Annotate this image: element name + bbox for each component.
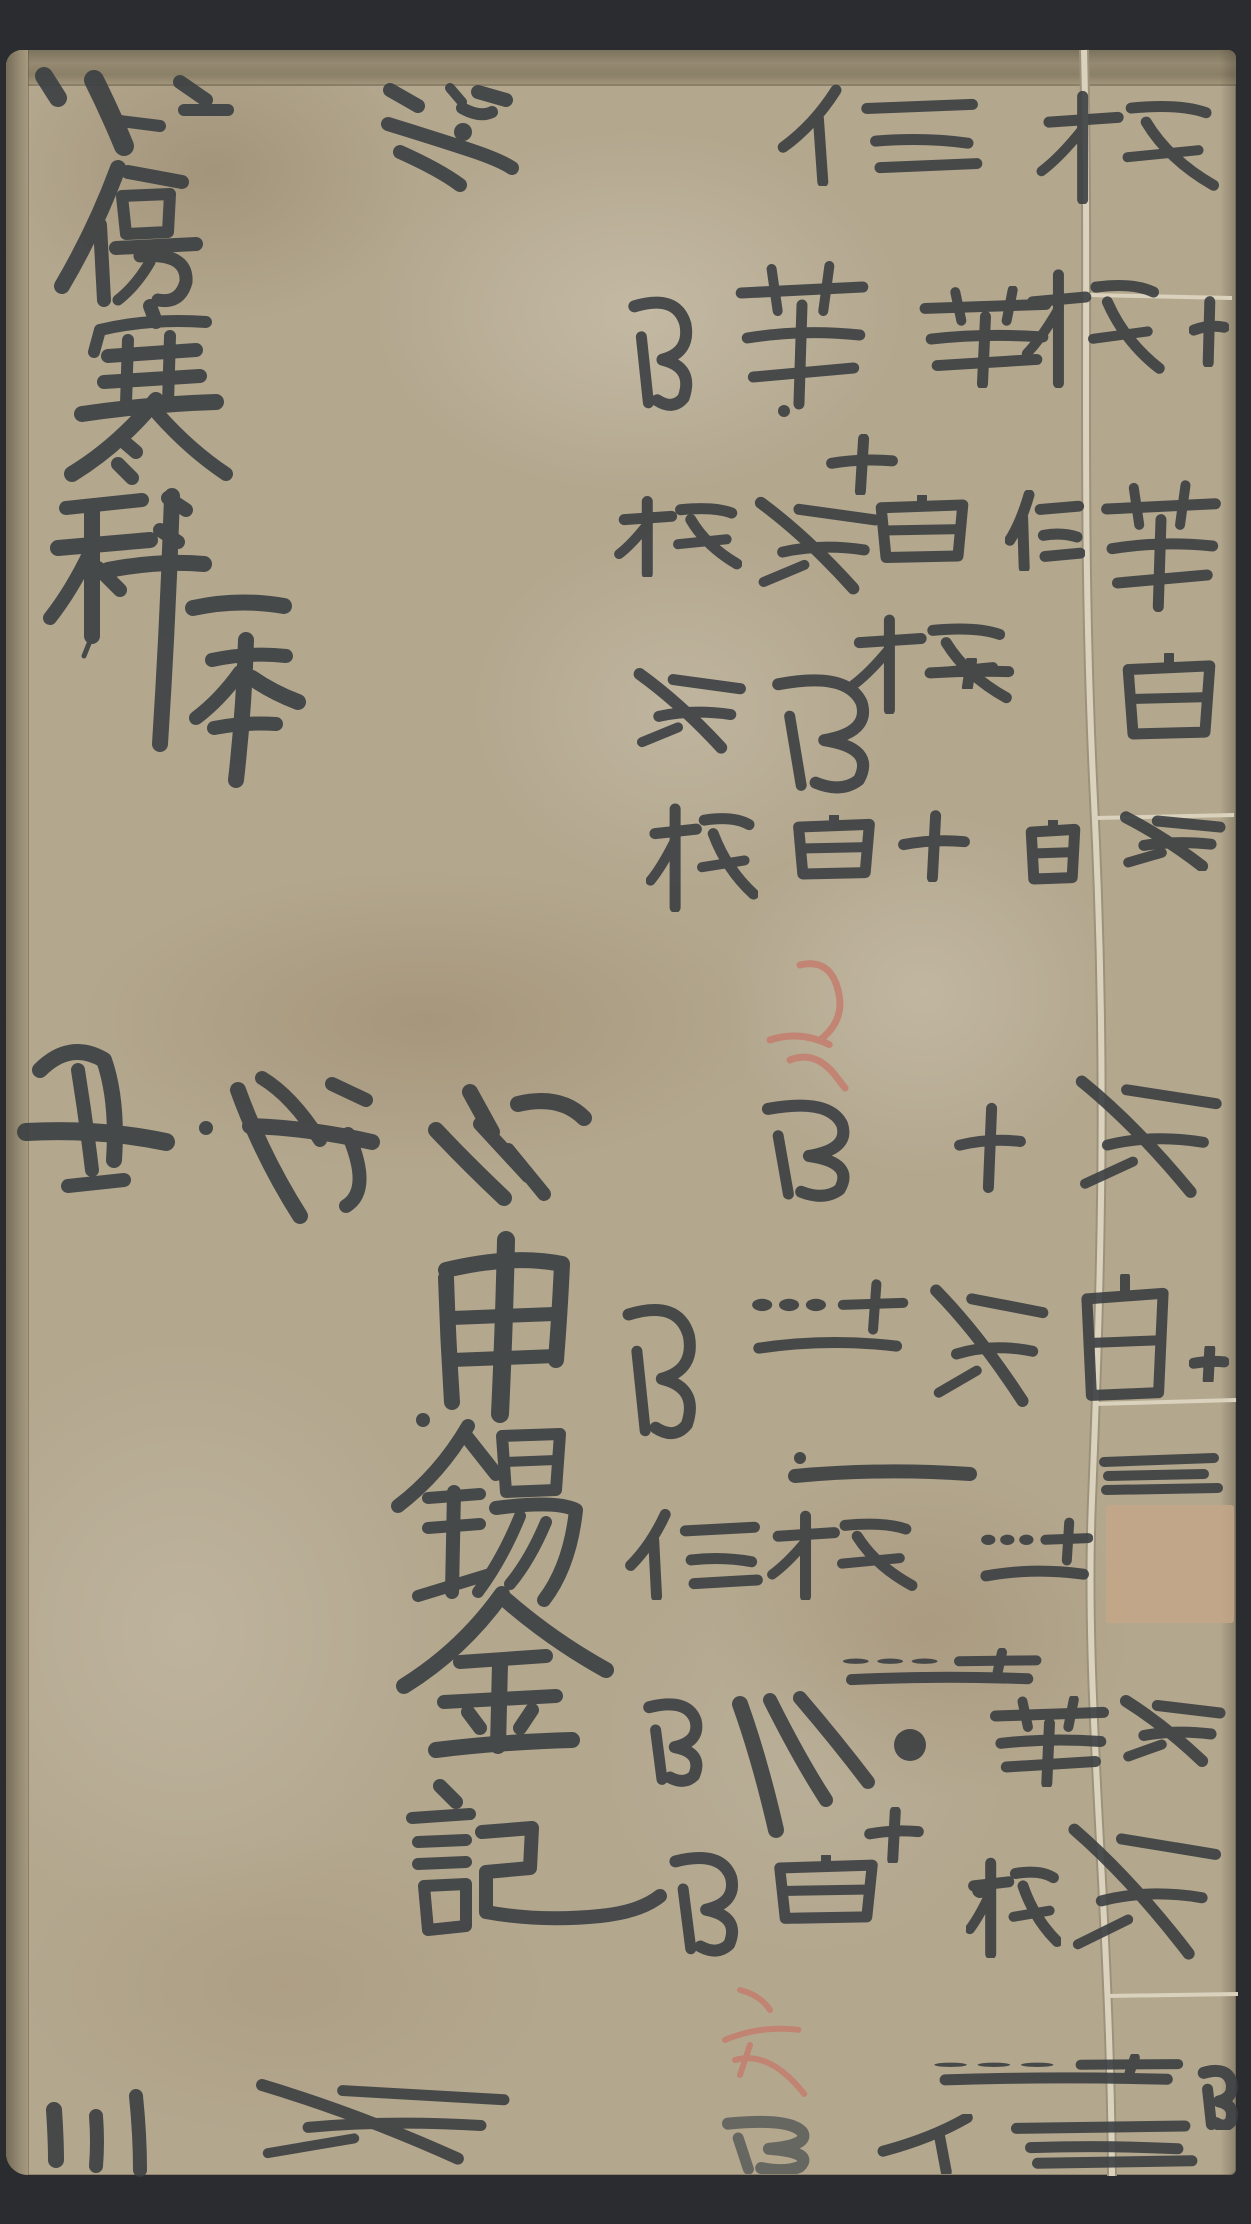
- right-edge-shadow: [1220, 50, 1236, 2175]
- top-page-edge: [6, 50, 1236, 84]
- book-cover: [6, 50, 1236, 2175]
- left-page-edge: [6, 50, 28, 2175]
